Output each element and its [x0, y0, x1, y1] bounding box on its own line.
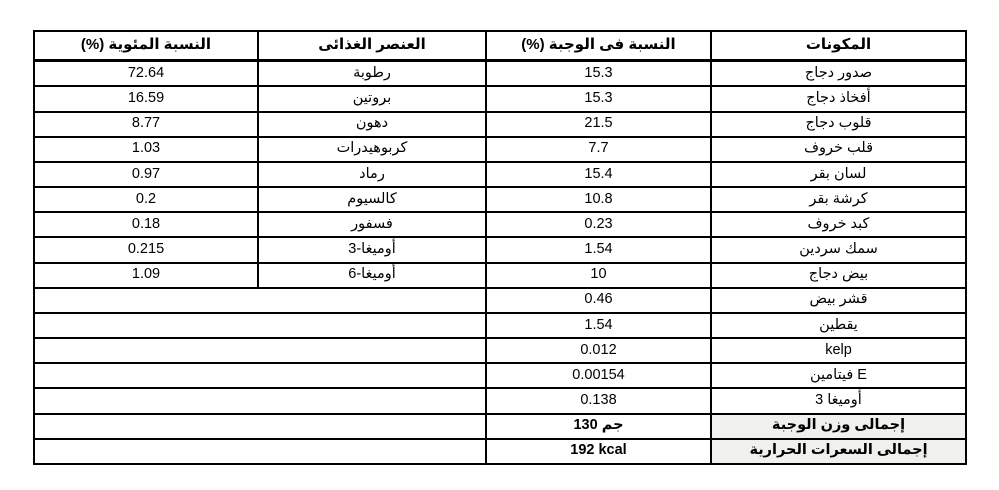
- cell-percent-in-meal: 0.012: [486, 338, 711, 363]
- table-row: 0.215أوميغا-31.54سمك سردين: [34, 237, 966, 262]
- nutrition-table: النسبة المئوية (%) العنصر الغذائى النسبة…: [33, 30, 967, 465]
- cell-percent-in-meal: 1.54: [486, 237, 711, 262]
- cell-ingredient: kelp: [711, 338, 966, 363]
- cell-percent-total: 1.09: [34, 263, 258, 288]
- cell-percent-in-meal: 192 kcal: [486, 439, 711, 464]
- cell-nutrient: رطوبة: [258, 61, 486, 87]
- empty-merged-cell: [34, 288, 486, 313]
- table-body: 72.64رطوبة15.3صدور دجاج16.59بروتين15.3أف…: [34, 61, 966, 465]
- table-row: 0.012kelp: [34, 338, 966, 363]
- header-nutrient: العنصر الغذائى: [258, 31, 486, 61]
- cell-ingredient: أوميغا 3: [711, 388, 966, 413]
- table-row: 1.03كربوهيدرات7.7قلب خروف: [34, 137, 966, 162]
- cell-percent-total: 0.2: [34, 187, 258, 212]
- table-row: جم 130إجمالى وزن الوجبة: [34, 414, 966, 439]
- cell-nutrient: فسفور: [258, 212, 486, 237]
- empty-merged-cell: [34, 388, 486, 413]
- empty-merged-cell: [34, 414, 486, 439]
- cell-nutrient: كربوهيدرات: [258, 137, 486, 162]
- cell-percent-in-meal: 0.46: [486, 288, 711, 313]
- cell-ingredient: قلب خروف: [711, 137, 966, 162]
- cell-nutrient: أوميغا-6: [258, 263, 486, 288]
- table-row: 1.54يقطين: [34, 313, 966, 338]
- cell-nutrient: كالسيوم: [258, 187, 486, 212]
- table-row: 16.59بروتين15.3أفخاذ دجاج: [34, 86, 966, 111]
- cell-nutrient: رماد: [258, 162, 486, 187]
- cell-ingredient: يقطين: [711, 313, 966, 338]
- table-row: 0.138أوميغا 3: [34, 388, 966, 413]
- cell-ingredient: قلوب دجاج: [711, 112, 966, 137]
- cell-ingredient: لسان بقر: [711, 162, 966, 187]
- cell-percent-total: 16.59: [34, 86, 258, 111]
- cell-nutrient: أوميغا-3: [258, 237, 486, 262]
- cell-nutrient: دهون: [258, 112, 486, 137]
- empty-merged-cell: [34, 363, 486, 388]
- table-row: 192 kcalإجمالى السعرات الحرارية: [34, 439, 966, 464]
- cell-percent-total: 0.18: [34, 212, 258, 237]
- cell-nutrient: بروتين: [258, 86, 486, 111]
- cell-percent-total: 1.03: [34, 137, 258, 162]
- table-row: 0.2كالسيوم10.8كرشة بقر: [34, 187, 966, 212]
- cell-ingredient: كرشة بقر: [711, 187, 966, 212]
- table-row: 0.18فسفور0.23كبد خروف: [34, 212, 966, 237]
- cell-ingredient: قشر بيض: [711, 288, 966, 313]
- table-row: 0.00154‪فيتامين E‬: [34, 363, 966, 388]
- cell-ingredient: سمك سردين: [711, 237, 966, 262]
- cell-ingredient: ‪فيتامين E‬: [711, 363, 966, 388]
- header-percent-total: النسبة المئوية (%): [34, 31, 258, 61]
- table-row: 8.77دهون21.5قلوب دجاج: [34, 112, 966, 137]
- cell-percent-total: 8.77: [34, 112, 258, 137]
- cell-percent-in-meal: 1.54: [486, 313, 711, 338]
- cell-percent-in-meal: جم 130: [486, 414, 711, 439]
- cell-ingredient: صدور دجاج: [711, 61, 966, 87]
- header-ingredients: المكونات: [711, 31, 966, 61]
- cell-percent-in-meal: 0.00154: [486, 363, 711, 388]
- cell-ingredient: أفخاذ دجاج: [711, 86, 966, 111]
- table-row: 0.97رماد15.4لسان بقر: [34, 162, 966, 187]
- table-row: النسبة المئوية (%) العنصر الغذائى النسبة…: [34, 31, 966, 61]
- header-percent-in-meal: النسبة فى الوجبة (%): [486, 31, 711, 61]
- cell-percent-total: 72.64: [34, 61, 258, 87]
- table-header-row: النسبة المئوية (%) العنصر الغذائى النسبة…: [34, 31, 966, 61]
- document-page: النسبة المئوية (%) العنصر الغذائى النسبة…: [0, 0, 999, 490]
- cell-percent-in-meal: 21.5: [486, 112, 711, 137]
- cell-percent-in-meal: 10: [486, 263, 711, 288]
- cell-percent-in-meal: 15.4: [486, 162, 711, 187]
- cell-ingredient: كبد خروف: [711, 212, 966, 237]
- empty-merged-cell: [34, 338, 486, 363]
- cell-percent-in-meal: 7.7: [486, 137, 711, 162]
- empty-merged-cell: [34, 439, 486, 464]
- cell-percent-in-meal: 15.3: [486, 86, 711, 111]
- empty-merged-cell: [34, 313, 486, 338]
- cell-ingredient: بيض دجاج: [711, 263, 966, 288]
- table-row: 72.64رطوبة15.3صدور دجاج: [34, 61, 966, 87]
- cell-percent-in-meal: 10.8: [486, 187, 711, 212]
- cell-percent-in-meal: 15.3: [486, 61, 711, 87]
- cell-percent-total: 0.97: [34, 162, 258, 187]
- cell-ingredient: إجمالى السعرات الحرارية: [711, 439, 966, 464]
- cell-percent-total: 0.215: [34, 237, 258, 262]
- cell-percent-in-meal: 0.138: [486, 388, 711, 413]
- cell-ingredient: إجمالى وزن الوجبة: [711, 414, 966, 439]
- table-row: 1.09أوميغا-610بيض دجاج: [34, 263, 966, 288]
- cell-percent-in-meal: 0.23: [486, 212, 711, 237]
- table-row: 0.46قشر بيض: [34, 288, 966, 313]
